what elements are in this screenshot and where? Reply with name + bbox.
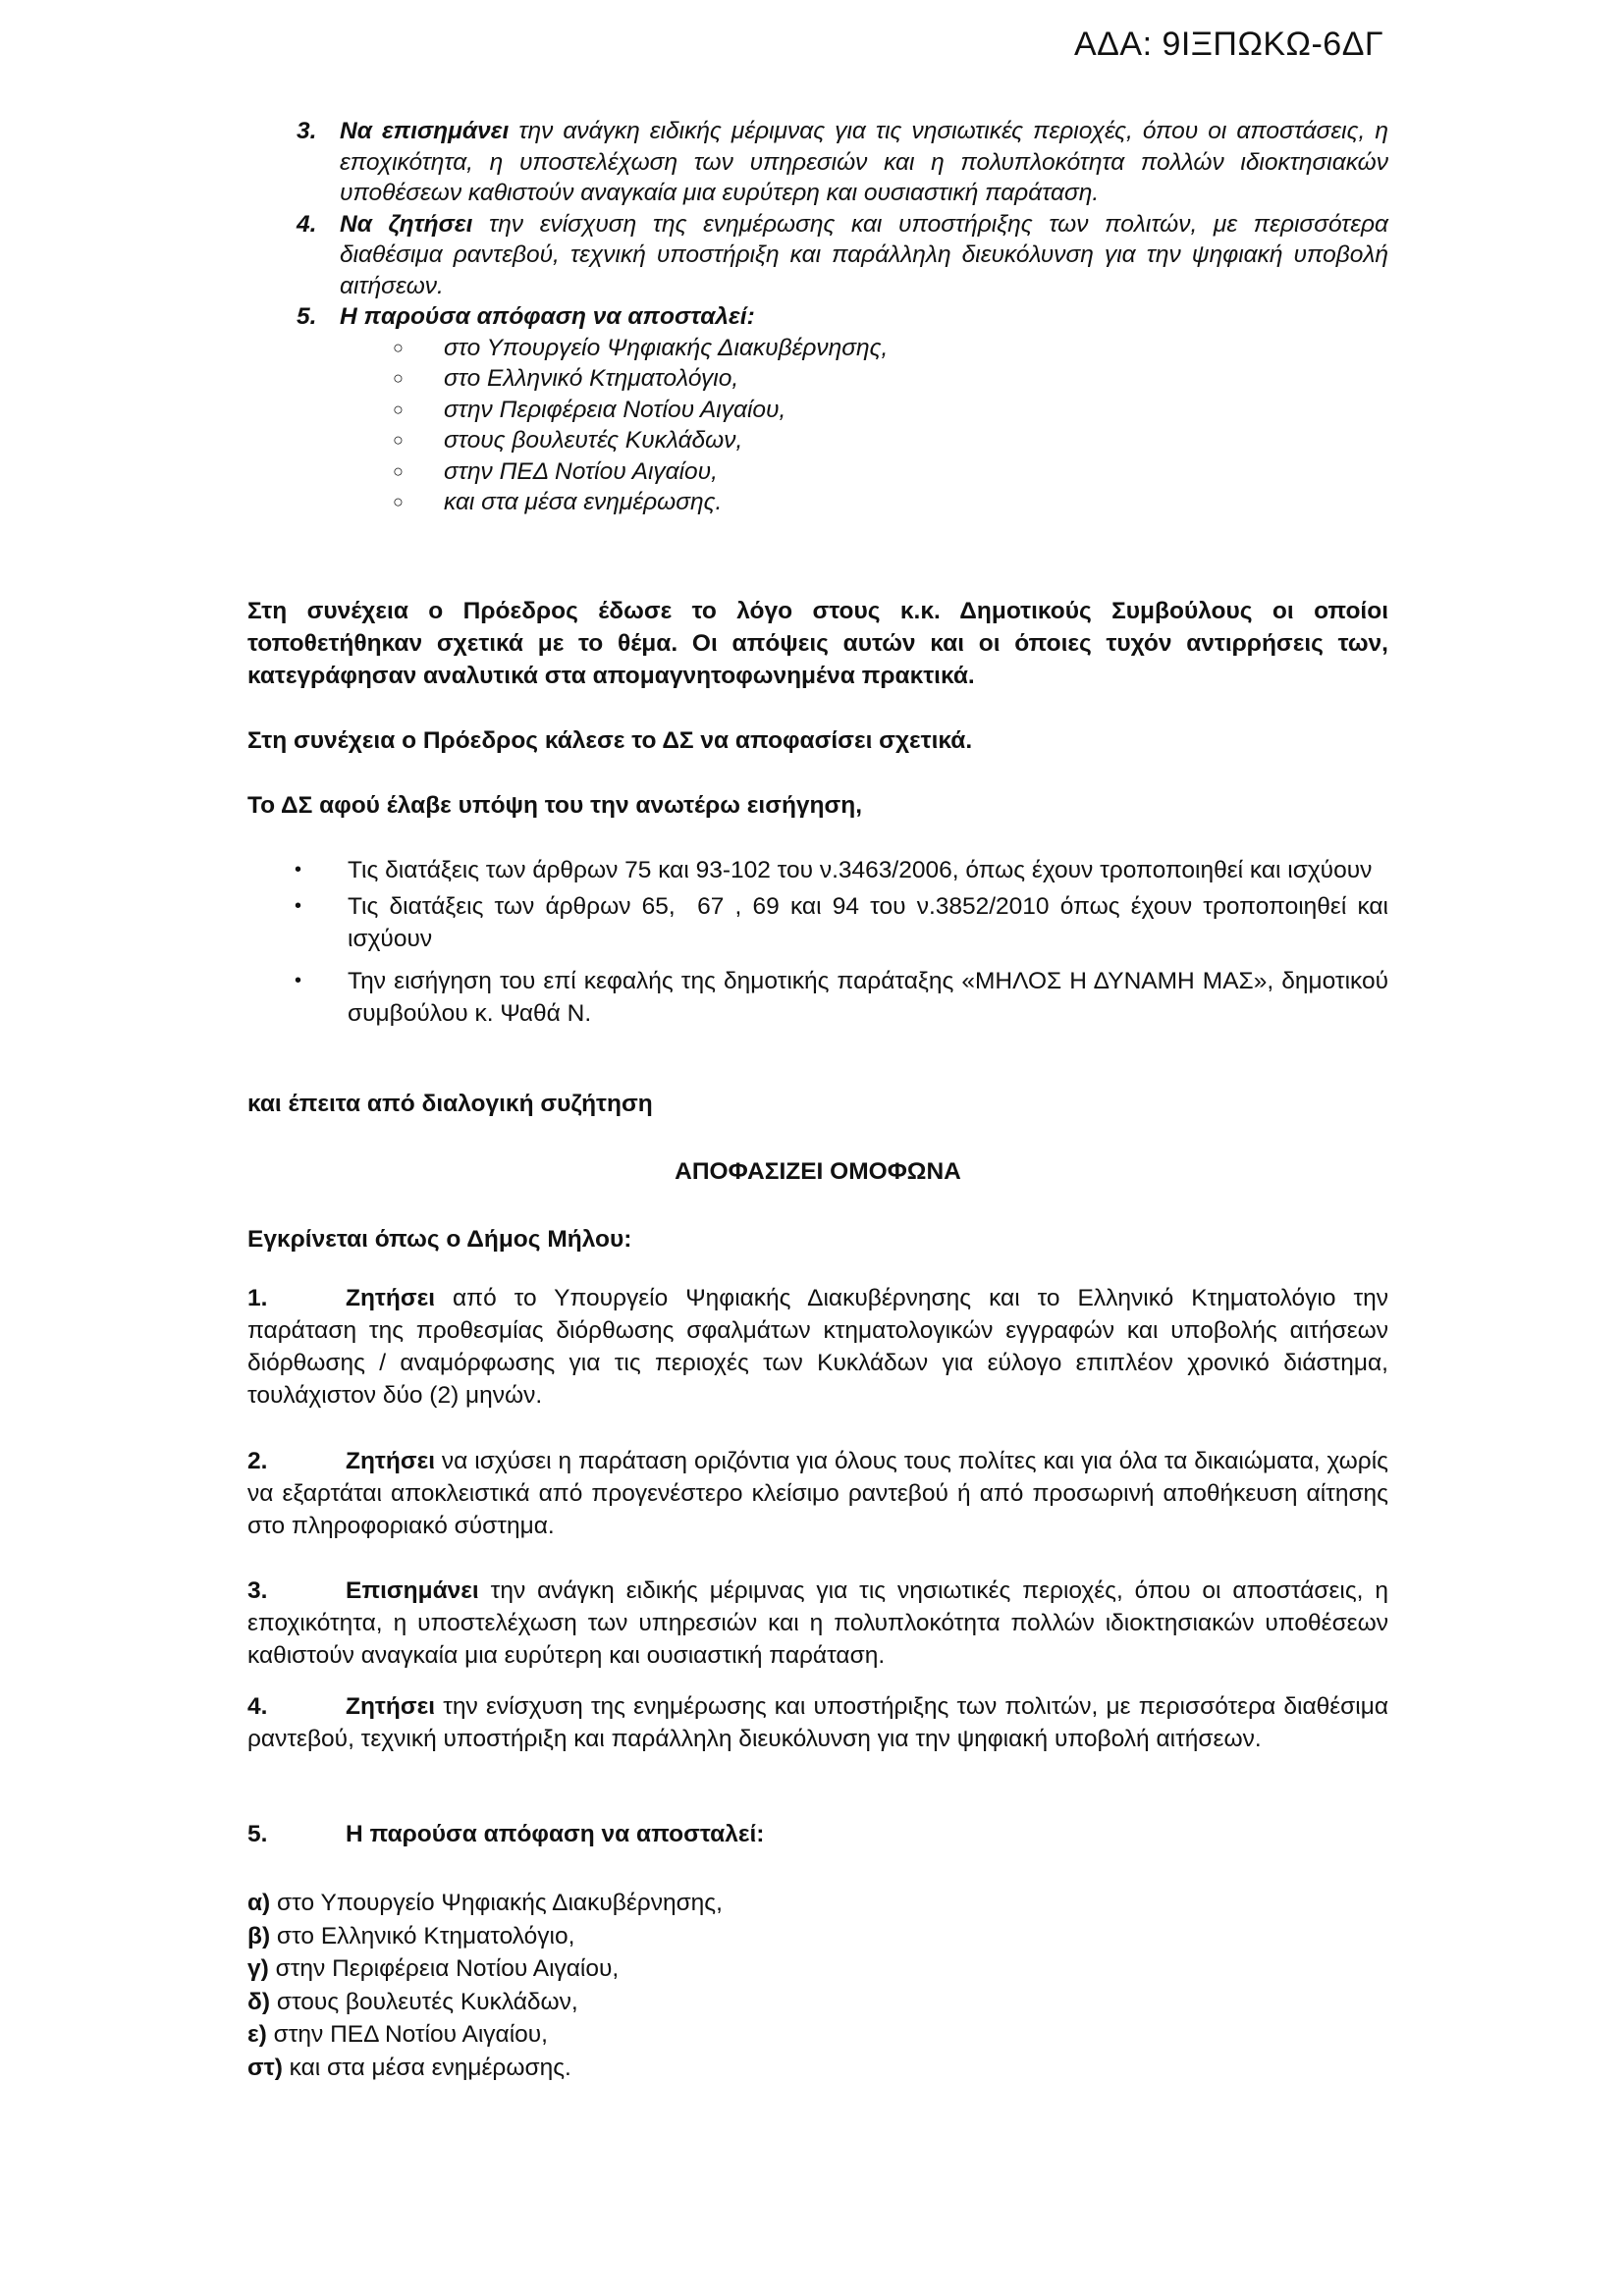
item-number: 3.	[297, 116, 340, 209]
recipient-item: ○στην Περιφέρεια Νοτίου Αιγαίου,	[393, 395, 1388, 426]
circle-bullet-icon: ○	[393, 456, 444, 488]
decision-item: 2.Ζητήσει να ισχύσει η παράταση οριζόντι…	[247, 1445, 1388, 1542]
item-text: την ενίσχυση της ενημέρωσης και υποστήρι…	[340, 211, 1388, 299]
proposal-recipients: ○στο Υπουργείο Ψηφιακής Διακυβέρνησης, ○…	[393, 333, 1388, 518]
consideration-item: •Τις διατάξεις των άρθρων 75 και 93-102 …	[295, 854, 1388, 886]
recipient-item: ○και στα μέσα ενημέρωσης.	[393, 487, 1388, 518]
after-discussion-paragraph: και έπειτα από διαλογική συζήτηση	[247, 1088, 1388, 1120]
circle-bullet-icon: ○	[393, 363, 444, 395]
circle-bullet-icon: ○	[393, 395, 444, 426]
proposal-item: 5. Η παρούσα απόφαση να αποσταλεί:	[297, 301, 1388, 333]
recipient-item: ε) στην ΠΕΔ Νοτίου Αιγαίου,	[247, 2018, 723, 2052]
bullet-icon: •	[295, 890, 348, 955]
bullet-icon: •	[295, 965, 348, 1030]
recipient-item: ○στο Υπουργείο Ψηφιακής Διακυβέρνησης,	[393, 333, 1388, 364]
decision-recipients: α) στο Υπουργείο Ψηφιακής Διακυβέρνησης,…	[247, 1887, 723, 2084]
recipient-item: α) στο Υπουργείο Ψηφιακής Διακυβέρνησης,	[247, 1887, 723, 1920]
proposal-list: 3. Να επισημάνει την ανάγκη ειδικής μέρι…	[297, 116, 1388, 518]
decision-item: 4.Ζητήσει την ενίσχυση της ενημέρωσης κα…	[247, 1690, 1388, 1755]
recipient-item: β) στο Ελληνικό Κτηματολόγιο,	[247, 1920, 723, 1953]
discussion-paragraph: Στη συνέχεια ο Πρόεδρος έδωσε το λόγο στ…	[247, 595, 1388, 692]
consideration-item: •Τις διατάξεις των άρθρων 65, 67 , 69 κα…	[295, 890, 1388, 955]
decision-item: 3.Επισημάνει την ανάγκη ειδικής μέριμνας…	[247, 1575, 1388, 1672]
decision-heading: ΑΠΟΦΑΣΙΖΕΙ ΟΜΟΦΩΝΑ	[247, 1158, 1388, 1186]
recipient-item: ○στους βουλευτές Κυκλάδων,	[393, 425, 1388, 456]
recipient-item: γ) στην Περιφέρεια Νοτίου Αιγαίου,	[247, 1952, 723, 1986]
item-lead: Να επισημάνει	[340, 118, 509, 144]
item-number: 5.	[297, 301, 340, 333]
recipient-item: ○στην ΠΕΔ Νοτίου Αιγαίου,	[393, 456, 1388, 488]
item-lead: Να ζητήσει	[340, 211, 472, 238]
considerations-list: •Τις διατάξεις των άρθρων 75 και 93-102 …	[295, 854, 1388, 1034]
proposal-item: 3. Να επισημάνει την ανάγκη ειδικής μέρι…	[297, 116, 1388, 209]
circle-bullet-icon: ○	[393, 487, 444, 518]
recipient-item: δ) στους βουλευτές Κυκλάδων,	[247, 1986, 723, 2019]
ada-code: ΑΔΑ: 9ΙΞΠΩΚΩ-6ΔΓ	[1074, 26, 1383, 64]
consideration-item: •Την εισήγηση του επί κεφαλής της δημοτι…	[295, 965, 1388, 1030]
proposal-item: 4. Να ζητήσει την ενίσχυση της ενημέρωση…	[297, 209, 1388, 302]
recipient-item: στ) και στα μέσα ενημέρωσης.	[247, 2052, 723, 2085]
circle-bullet-icon: ○	[393, 425, 444, 456]
decision-item: 5.Η παρούσα απόφαση να αποσταλεί:	[247, 1818, 1388, 1850]
approval-heading: Εγκρίνεται όπως ο Δήμος Μήλου:	[247, 1223, 1388, 1255]
bullet-icon: •	[295, 854, 348, 886]
circle-bullet-icon: ○	[393, 333, 444, 364]
recipient-item: ○στο Ελληνικό Κτηματολόγιο,	[393, 363, 1388, 395]
item-number: 4.	[297, 209, 340, 302]
vote-call-paragraph: Στη συνέχεια ο Πρόεδρος κάλεσε το ΔΣ να …	[247, 724, 1388, 757]
item-lead: Η παρούσα απόφαση να αποσταλεί:	[340, 303, 755, 330]
decision-item: 1.Ζητήσει από το Υπουργείο Ψηφιακής Διακ…	[247, 1282, 1388, 1412]
considering-paragraph: Το ΔΣ αφού έλαβε υπόψη του την ανωτέρω ε…	[247, 789, 1388, 822]
